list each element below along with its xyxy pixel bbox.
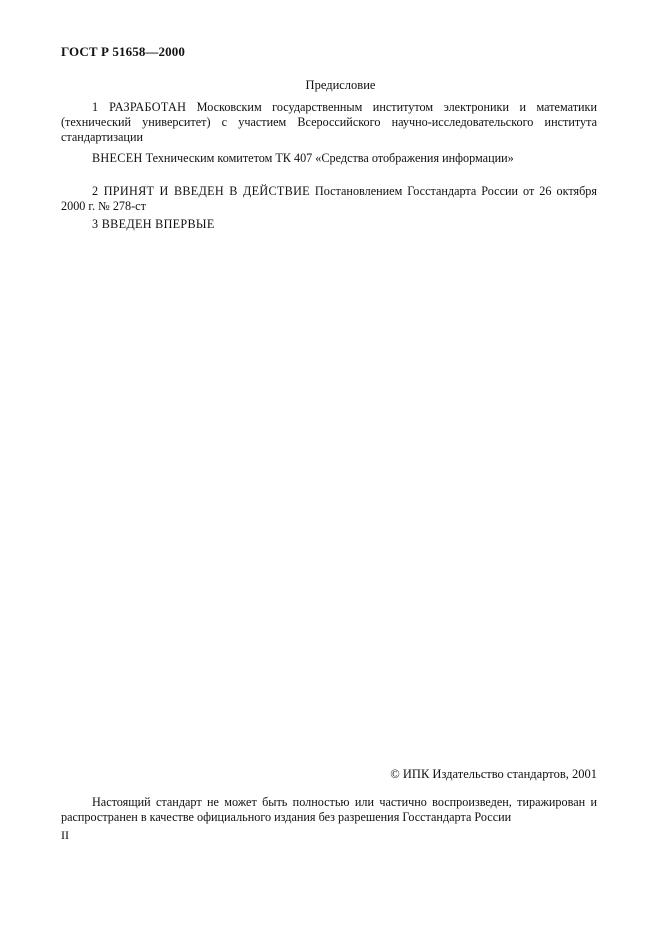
paragraph-lead: ВНЕСЕН <box>92 151 143 165</box>
page-number: II <box>61 828 69 843</box>
paragraph-text: Техническим комитетом ТК 407 «Средства о… <box>143 151 514 165</box>
paragraph-introduced-by: ВНЕСЕН Техническим комитетом ТК 407 «Сре… <box>61 151 597 166</box>
paragraph-adopted: 2 ПРИНЯТ И ВВЕДЕН В ДЕЙСТВИЕ Постановлен… <box>61 184 597 214</box>
section-title: Предисловие <box>0 78 661 93</box>
paragraph-first-introduced: 3 ВВЕДЕН ВПЕРВЫЕ <box>61 217 597 232</box>
document-page: ГОСТ Р 51658—2000 Предисловие 1 РАЗРАБОТ… <box>0 0 661 936</box>
paragraph-developed-by: 1 РАЗРАБОТАН Московским государственным … <box>61 100 597 145</box>
standard-id-header: ГОСТ Р 51658—2000 <box>61 44 185 60</box>
paragraph-lead: 3 ВВЕДЕН ВПЕРВЫЕ <box>92 217 215 231</box>
paragraph-lead: 1 РАЗРАБОТАН <box>92 100 186 114</box>
paragraph-lead: 2 ПРИНЯТ И ВВЕДЕН В ДЕЙСТВИЕ <box>92 184 310 198</box>
copyright-line: © ИПК Издательство стандартов, 2001 <box>61 767 597 782</box>
reproduction-notice: Настоящий стандарт не может быть полност… <box>61 795 597 825</box>
